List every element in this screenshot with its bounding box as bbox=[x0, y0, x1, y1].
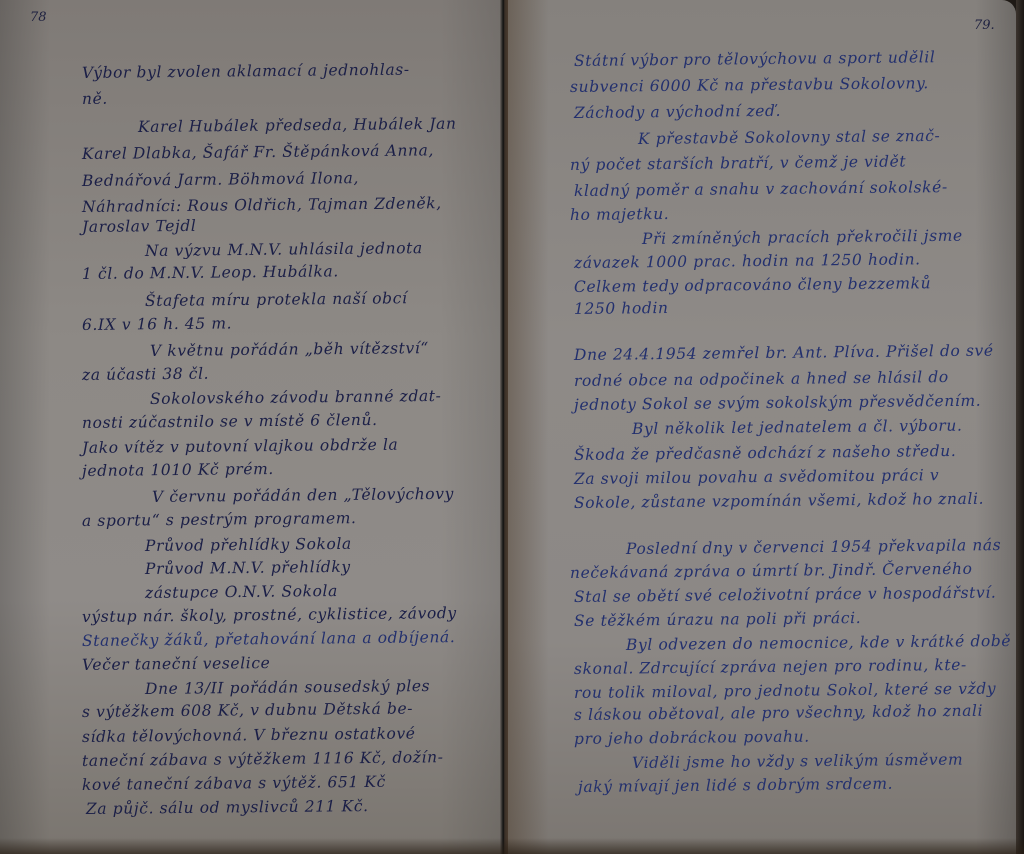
right-line-25: Byl odvezen do nemocnice, kde v krátké d… bbox=[626, 632, 1011, 654]
left-line-14: Sokolovského závodu branné zdat- bbox=[150, 387, 442, 408]
right-line-27: rou tolik miloval, pro jednotu Sokol, kt… bbox=[574, 680, 996, 702]
right-line-9: závazek 1000 prac. hodin na 1250 hodin. bbox=[574, 250, 921, 272]
left-line-21: Průvod M.N.V. přehlídky bbox=[145, 558, 351, 578]
left-line-30: kové taneční zábava s výtěž. 651 Kč bbox=[82, 773, 386, 794]
right-line-24: Se těžkém úrazu na poli při práci. bbox=[574, 609, 861, 630]
left-line-26: Dne 13/II pořádán sousedský ples bbox=[145, 677, 430, 698]
right-line-28: s láskou obětoval, ale pro všechny, kdož… bbox=[574, 702, 983, 724]
right-line-10: Celkem tedy odpracováno členy bezzemků bbox=[574, 274, 931, 296]
left-page-number: 78 bbox=[30, 10, 47, 25]
right-line-17: Škoda že předčasně odchází z našeho stře… bbox=[574, 442, 957, 464]
left-line-18: V červnu pořádán den „Tělovýchovy bbox=[152, 485, 454, 506]
right-line-2: subvenci 6000 Kč na přestavbu Sokolovny. bbox=[570, 74, 929, 96]
right-line-4: K přestavbě Sokolovny stal se znač- bbox=[638, 127, 940, 148]
right-line-22: nečekávaná zpráva o úmrtí br. Jindř. Čer… bbox=[570, 560, 973, 582]
left-line-13: za účasti 38 čl. bbox=[82, 365, 209, 384]
right-line-7: ho majetku. bbox=[570, 205, 669, 224]
left-line-3: Karel Hubálek předseda, Hubálek Jan bbox=[138, 115, 457, 136]
left-line-4: Karel Dlabka, Šafář Fr. Štěpánková Anna, bbox=[82, 141, 434, 163]
book-spine bbox=[500, 0, 508, 854]
right-line-5: ný počet starších bratří, v čemž je vidě… bbox=[570, 152, 906, 174]
right-page-number: 79. bbox=[974, 18, 995, 33]
left-line-19: a sportu“ s pestrým programem. bbox=[82, 509, 357, 530]
right-line-14: rodné obce na odpočinek a hned se hlásil… bbox=[574, 368, 949, 390]
right-line-31: jaký mívají jen lidé s dobrým srdcem. bbox=[578, 775, 893, 796]
left-line-7: Jaroslav Tejdl bbox=[82, 217, 197, 236]
right-line-11: 1250 hodin bbox=[574, 299, 669, 318]
right-line-30: Viděli jsme ho vždy s velikým úsměvem bbox=[632, 751, 963, 772]
left-line-25: Večer taneční veselice bbox=[82, 654, 271, 674]
right-page: 79. Státní výbor pro tělovýchovu a sport… bbox=[508, 0, 1016, 854]
left-line-24: Stanečky žáků, přetahování lana a odbíje… bbox=[82, 628, 456, 650]
left-line-1: Výbor byl zvolen aklamací a jednohlas- bbox=[82, 61, 410, 82]
right-line-29: pro jeho dobráckou povahu. bbox=[574, 728, 810, 748]
left-line-27: s výtěžkem 608 Kč, v dubnu Dětská be- bbox=[82, 700, 413, 721]
right-line-16: Byl několik let jednatelem a čl. výboru. bbox=[632, 417, 963, 438]
left-line-11: 6.IX v 16 h. 45 m. bbox=[82, 314, 232, 334]
right-line-26: skonal. Zdrcující zpráva nejen pro rodin… bbox=[574, 656, 967, 678]
left-line-8: Na výzvu M.N.V. uhlásila jednota bbox=[145, 239, 423, 260]
left-line-22: zástupce O.N.V. Sokola bbox=[145, 582, 338, 602]
left-line-2: ně. bbox=[82, 90, 108, 108]
left-line-29: taneční zábava s výtěžkem 1116 Kč, dožín… bbox=[82, 748, 444, 770]
left-line-12: V květnu pořádán „běh vítězství“ bbox=[150, 339, 429, 360]
right-line-1: Státní výbor pro tělovýchovu a sport udě… bbox=[574, 48, 936, 70]
left-page: 78 Výbor byl zvolen aklamací a jednohlas… bbox=[0, 0, 500, 854]
right-line-8: Při zmíněných pracích překročili jsme bbox=[642, 227, 963, 248]
right-line-15: jednoty Sokol se svým sokolským přesvědč… bbox=[574, 392, 981, 414]
right-line-13: Dne 24.4.1954 zemřel br. Ant. Plíva. Při… bbox=[574, 342, 994, 364]
right-line-19: Sokole, zůstane vzpomínán všemi, kdož ho… bbox=[574, 490, 984, 512]
left-line-17: jednota 1010 Kč prém. bbox=[82, 460, 274, 480]
left-line-28: sídka tělovýchovná. V březnu ostatkové bbox=[82, 725, 416, 746]
left-line-16: Jako vítěz v putovní vlajkou obdrže la bbox=[82, 436, 399, 457]
left-line-31: Za půjč. sálu od myslivců 211 Kč. bbox=[86, 797, 369, 818]
left-line-9: 1 čl. do M.N.V. Leop. Hubálka. bbox=[82, 262, 339, 283]
bottom-shadow bbox=[0, 838, 1024, 854]
left-line-5: Bednářová Jarm. Böhmová Ilona, bbox=[82, 169, 359, 190]
left-line-20: Průvod přehlídky Sokola bbox=[145, 535, 352, 555]
left-line-10: Štafeta míru protekla naší obcí bbox=[145, 289, 408, 310]
right-line-23: Stal se obětí své celoživotní práce v ho… bbox=[574, 584, 997, 606]
right-line-18: Za svoji milou povahu a svědomitou práci… bbox=[574, 466, 939, 488]
left-line-23: výstup nár. školy, prostné, cyklistice, … bbox=[82, 604, 457, 626]
left-line-6: Náhradníci: Rous Oldřich, Tajman Zdeněk, bbox=[82, 194, 442, 216]
left-line-15: nosti zúčastnilo se v místě 6 členů. bbox=[82, 411, 378, 432]
right-line-3: Záchody a východní zeď. bbox=[574, 102, 781, 122]
page-edge bbox=[1016, 0, 1024, 854]
open-book: 78 Výbor byl zvolen aklamací a jednohlas… bbox=[0, 0, 1024, 854]
right-line-6: kladný poměr a snahu v zachování sokolsk… bbox=[574, 178, 948, 200]
right-line-21: Poslední dny v červenci 1954 překvapila … bbox=[626, 536, 1001, 558]
